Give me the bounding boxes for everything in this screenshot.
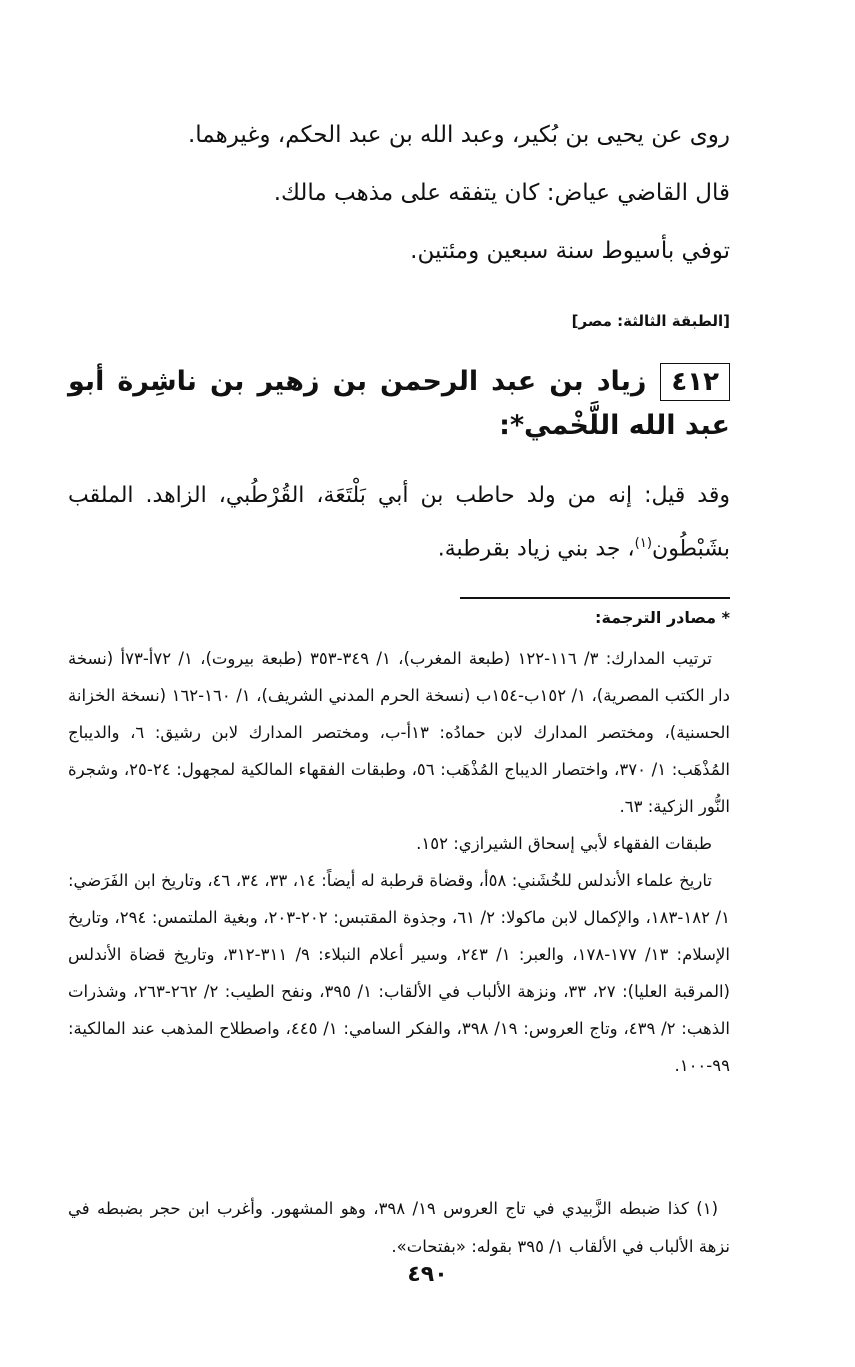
footnote: (١) كذا ضبطه الزَّبيدي في تاج العروس ١٩/… [68,1190,730,1266]
sources-paragraph: طبقات الفقهاء لأبي إسحاق الشيرازي: ١٥٢. [68,825,730,862]
sources-list: ترتيب المدارك: ٣/ ١١٦-١٢٢ (طبعة المغرب)،… [68,640,730,1084]
tier-label: [الطبقة الثالثة: مصر] [572,312,730,330]
sources-paragraph: ترتيب المدارك: ٣/ ١١٦-١٢٢ (طبعة المغرب)،… [68,640,730,825]
entry-heading: ٤١٢زياد بن عبد الرحمن بن زهير بن ناشِرة … [68,360,730,448]
page-number: ٤٩٠ [0,1262,855,1287]
intro-text-end: ، جد بني زياد بقرطبة. [438,536,635,561]
footnote-divider [460,597,730,599]
text-line: قال القاضي عياض: كان يتفقه على مذهب مالك… [70,180,730,206]
sources-heading: * مصادر الترجمة: [595,608,730,627]
footnote-text: (١) كذا ضبطه الزَّبيدي في تاج العروس ١٩/… [68,1190,730,1266]
document-page: روى عن يحيى بن بُكير، وعبد الله بن عبد ا… [0,0,855,1367]
text-line: توفي بأسيوط سنة سبعين ومئتين. [70,238,730,264]
entry-title: زياد بن عبد الرحمن بن زهير بن ناشِرة أبو… [68,366,730,441]
footnote-ref[interactable]: (١) [635,536,652,551]
entry-number: ٤١٢ [660,363,730,401]
entry-intro: وقد قيل: إنه من ولد حاطب بن أبي بَلْتَعَ… [68,472,730,573]
sources-paragraph: تاريخ علماء الأندلس للخُشَني: ٥٨أ، وقضاة… [68,862,730,1084]
text-line: روى عن يحيى بن بُكير، وعبد الله بن عبد ا… [70,122,730,148]
